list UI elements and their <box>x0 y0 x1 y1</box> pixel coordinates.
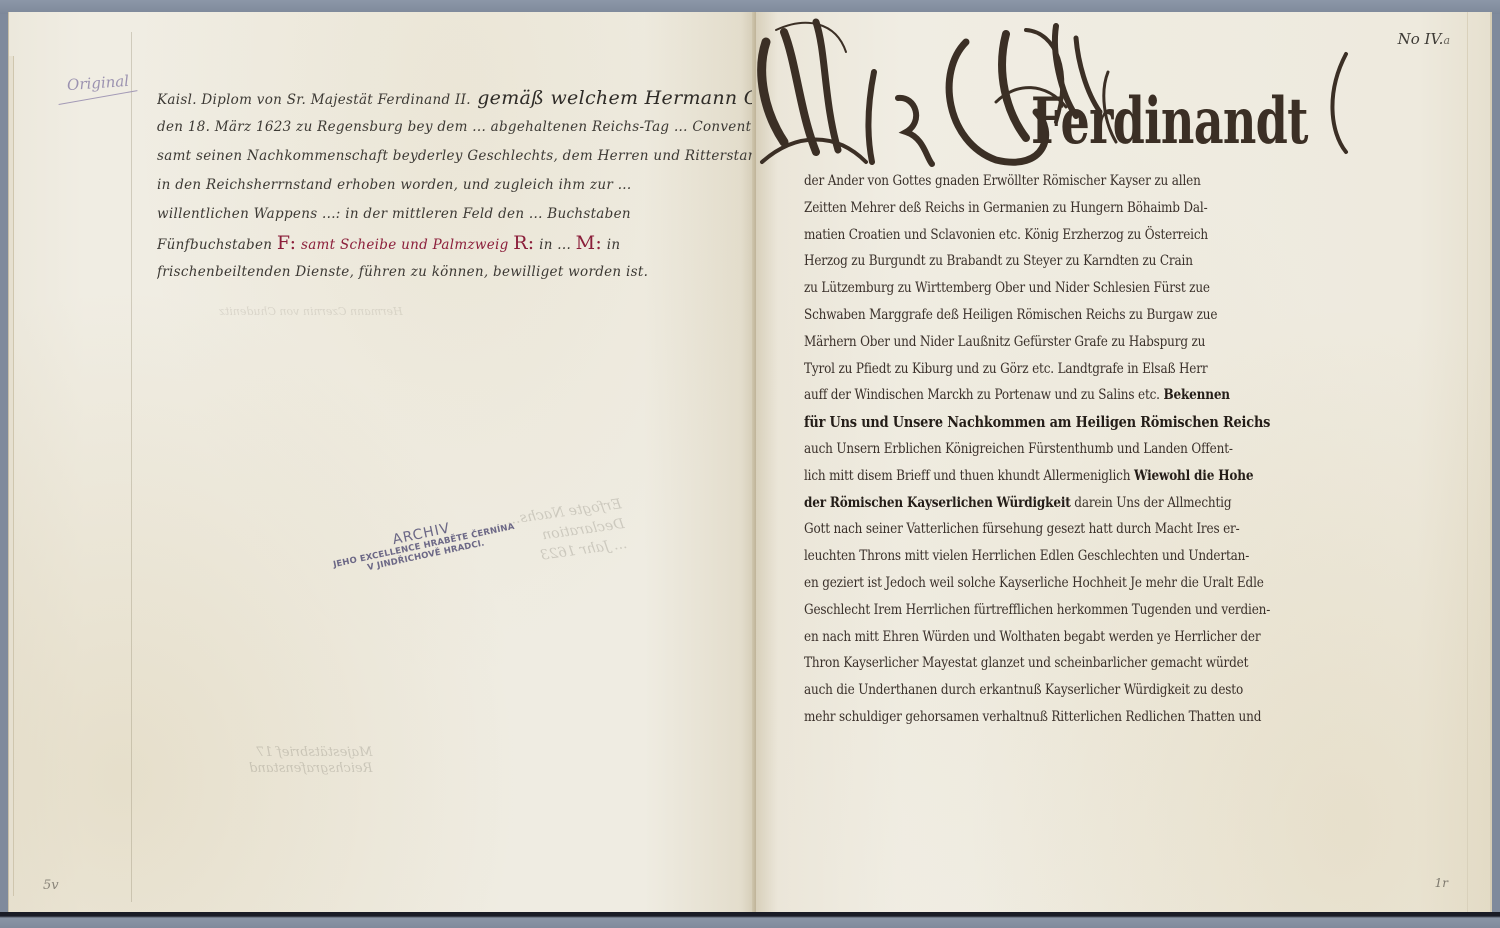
text-line: leuchten Throns mitt vielen Herrlichen E… <box>804 543 1354 570</box>
text-line: auff der Windischen Marckh zu Portenaw u… <box>804 382 1354 409</box>
text-line: der Römischen Kayserlichen Würdigkeit da… <box>804 490 1354 517</box>
right-page: Ferdinandt ARCHIV JEHO EXCELLENCE HRABĚT… <box>756 12 1492 914</box>
open-manuscript: Original Kaisl. Diplom von Sr. Majestät … <box>0 12 1500 914</box>
page-edge <box>8 56 14 896</box>
note-line-text: Kaisl. Diplom von Sr. Majestät Ferdinand… <box>157 92 471 108</box>
left-page: Original Kaisl. Diplom von Sr. Majestät … <box>8 12 756 914</box>
note-line: den 18. März 1623 zu Regensburg bey dem … <box>157 113 756 142</box>
note-text: in ... <box>535 237 576 253</box>
note-line: Kaisl. Diplom von Sr. Majestät Ferdinand… <box>157 84 756 113</box>
bleed-through-text: Erfogte Nachs... Declaration ... Jahr 16… <box>505 494 628 570</box>
text-line: Geschlecht Irem Herrlichen fürtreffliche… <box>804 597 1354 624</box>
text-line: en geziert ist Jedoch weil solche Kayser… <box>804 570 1354 597</box>
reference-number: No IV.a <box>1398 30 1450 48</box>
emphasized-word: Bekennen <box>1164 387 1230 403</box>
text-line: mehr schuldiger gehorsamen verhaltnuß Ri… <box>804 704 1354 731</box>
heading-ferdinandt: Ferdinandt <box>1031 84 1308 159</box>
note-text: Fünfbuchstaben <box>157 237 272 253</box>
rubric-letter-m: M: <box>576 232 602 254</box>
scanner-background-bottom <box>0 912 1500 928</box>
text-line: matien Croatien und Sclavonien etc. Köni… <box>804 222 1354 249</box>
page-fold <box>1467 12 1468 914</box>
cursive-note-block: Kaisl. Diplom von Sr. Majestät Ferdinand… <box>157 84 756 287</box>
archive-stamp: ARCHIV JEHO EXCELLENCE HRABĚTE ČERNÍNA V… <box>329 507 517 580</box>
folio-number: 1r <box>1435 876 1448 890</box>
text-line: Herzog zu Burgundt zu Brabandt zu Steyer… <box>804 248 1354 275</box>
text-line: Gott nach seiner Vatterlichen fürsehung … <box>804 516 1354 543</box>
bleed-through-text: Majestätsbrief 17 Reichsgrafenstand <box>249 745 372 777</box>
note-line: in den Reichsherrnstand erhoben worden, … <box>157 171 756 200</box>
text-line: Tyrol zu Pfiedt zu Kiburg und zu Görz et… <box>804 356 1354 383</box>
reference-suffix: a <box>1443 34 1450 47</box>
emphasized-phrase: der Römischen Kayserlichen Würdigkeit <box>804 495 1071 511</box>
note-line: samt seinen Nachkommenschaft beyderley G… <box>157 142 756 171</box>
text-line-content: lich mitt disem Brieff und thuen khundt … <box>804 468 1130 484</box>
bleed-line: Reichsgrafenstand <box>249 761 372 777</box>
bleed-through-text: Hermann Czernin von Chudenitz <box>219 302 403 322</box>
text-line-content: darein Uns der Allmechtig <box>1071 495 1232 511</box>
text-line: zu Lützemburg zu Wirttemberg Ober und Ni… <box>804 275 1354 302</box>
text-line: Schwaben Marggrafe deß Heiligen Römische… <box>804 302 1354 329</box>
emphasized-phrase: Wiewohl die Hohe <box>1134 468 1253 484</box>
text-line: lich mitt disem Brieff und thuen khundt … <box>804 463 1354 490</box>
rubric-letter-r: R: <box>513 232 534 254</box>
rubric-text: samt Scheibe und Palmzweig <box>296 237 508 253</box>
bleed-line: Majestätsbrief 17 <box>249 745 372 761</box>
folio-number: 5v <box>43 878 59 893</box>
rubric-letter-f: F: <box>277 232 297 254</box>
text-line: Märhern Ober und Nider Laußnitz Gefürste… <box>804 329 1354 356</box>
note-line-name: gemäß welchem Hermann Czernin <box>471 87 756 109</box>
text-line: der Ander von Gottes gnaden Erwöllter Rö… <box>804 168 1354 195</box>
text-line-emphasized: für Uns und Unsere Nachkommen am Heilige… <box>804 409 1354 436</box>
margin-rule <box>131 32 132 902</box>
calligraphic-body-text: der Ander von Gottes gnaden Erwöllter Rö… <box>804 168 1364 731</box>
note-line: willentlichen Wappens ...: in der mittle… <box>157 200 756 229</box>
text-line: auch Unsern Erblichen Königreichen Fürst… <box>804 436 1354 463</box>
text-line: Thron Kayserlicher Mayestat glanzet und … <box>804 650 1354 677</box>
note-text: in <box>602 237 620 253</box>
text-line: en nach mitt Ehren Würden und Wolthaten … <box>804 624 1354 651</box>
note-line: frischenbeiltenden Dienste, führen zu kö… <box>157 258 756 287</box>
margin-note-original: Original <box>66 72 129 94</box>
text-line: auch die Underthanen durch erkantnuß Kay… <box>804 677 1354 704</box>
text-line-content: auff der Windischen Marckh zu Portenaw u… <box>804 387 1160 403</box>
reference-number-text: No IV. <box>1398 30 1444 48</box>
note-line-with-rubrics: Fünfbuchstaben F: samt Scheibe und Palmz… <box>157 229 756 258</box>
text-line: Zeitten Mehrer deß Reichs in Germanien z… <box>804 195 1354 222</box>
